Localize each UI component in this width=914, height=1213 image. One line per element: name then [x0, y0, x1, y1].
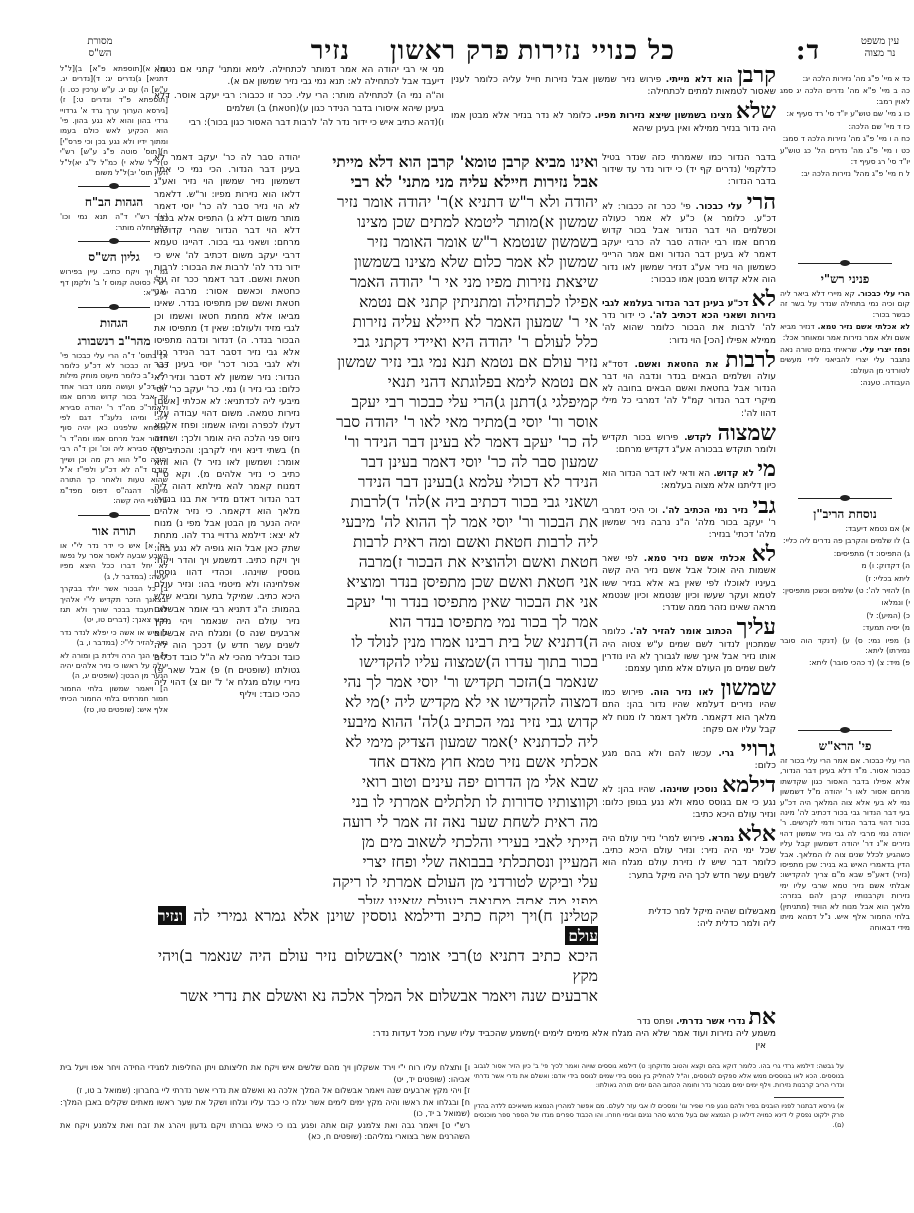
gemara-line: ליה לכדתניא י)אמר שמעון הצדיק מימי לא — [304, 732, 598, 752]
gilyon-hashas-text: גמ' ויך ויקח כתיב. עיין בפירוש רש"י כסוט… — [60, 267, 168, 298]
torah-or-item: ד] כי הנך הרה וילדת בן ומורה לא יעלה על … — [60, 651, 168, 682]
page-header: עין משפט נר מצוה ד: כל כנויי נזירות פרק … — [60, 36, 910, 66]
nusach-item: פ) מיד: צ) (ד כהכי סובר) ליתא: — [780, 658, 910, 668]
rashi-dibur-hamatchil: מי — [757, 456, 776, 482]
rashi-entry: לא אכלתי אשם נזיר טמא. לפי שאר אשמות היה… — [602, 543, 776, 614]
tosafot-line: ו)(דהא כתיב איש כי ידור נדר לה' לרבות דב… — [154, 117, 444, 129]
rashi-dibur-hamatchil: הרי — [747, 189, 776, 215]
rashi-bold-lemma: נזיר נמי הכתיב לה'. — [662, 506, 748, 516]
pninei-rashi-trailer: העבודה. טענה: — [780, 378, 910, 388]
gemara-line: שמשון לא אמר כלום שלא מצינו בשמשון — [304, 252, 598, 272]
ornament-divider — [798, 494, 892, 502]
rashi-entry: גרויי גרי. עכשו להם ולא בהם מגע כלום: — [602, 738, 776, 772]
nusach-item: מ) יסיה תמעד: — [780, 623, 910, 633]
gemara-line: ושאני גבי בכור דכתיב ביה א)לה' ד)לרבות — [304, 492, 598, 512]
nusach-item: נ) מפיו נמי: ס) ע) (דנקד הוה סובר נמירתו… — [780, 636, 910, 657]
rashi-line: ליה ולמר כדלית ליה: — [602, 918, 776, 930]
ein-mishpat-label-line2: נר מצוה — [850, 48, 910, 60]
rashi-mark: אין — [300, 1040, 776, 1052]
rashi-final-block: את נדרי אשר נדרתי. ופתס נדר משמע ליה נזי… — [300, 1006, 776, 1058]
rashi-bold-lemma: את החטאת ואשם. — [635, 360, 719, 370]
rashi-entry: שלא מצינו בשמשון שיצא נזירות מפיו. כלומר… — [451, 100, 776, 134]
footer-torah-or: ו] ותצלח עליו רוח י"י וירד אשקלון ויך מה… — [60, 1062, 470, 1157]
tosafot-column: יהודה סבר לה כר' יעקב דאמר לא בעינן דבר … — [154, 152, 300, 904]
footer-note-bottom: א) גירסא דבתנור לפניו הובנים בפיר ולהם נ… — [474, 1102, 844, 1131]
nusach-item: ח) להזיר לה': ט) שלמים וכשכן מתפיסין: — [780, 586, 910, 596]
gemara-line: אמר לך בכור נמי מתפיסו בנדר הוא — [304, 612, 598, 632]
gemara-line-with-mishna: קטלינן ח)ויך ויקח כתיב ודילמא גוססין שוי… — [158, 906, 598, 946]
masoret-label-line1: מסורת — [60, 36, 140, 48]
masoret-text: גמ' א)[תוספתא פ"א] ב)[ל"ל דתניא] ג)נדרים… — [60, 64, 168, 178]
ein-mishpat-label-line1: עין משפט — [850, 36, 910, 48]
rashi-dibur-hamatchil: אלא — [737, 821, 776, 847]
masoret-label-line2: הש"ס — [60, 48, 140, 60]
gemara-line: וקווצותיו סדורות לו תלתלים אמרתי לו בני — [304, 792, 598, 812]
rashi-bold-lemma: נדרי אשר נדרתי. — [676, 1017, 746, 1027]
rashi-dibur-hamatchil: שמשון — [721, 675, 776, 701]
ein-mishpat-item: כו ג מיי' שם טוש"ע יו"ד סי' רד סעיף א: — [780, 109, 910, 119]
pninei-rashi-title: פניני רש"י — [780, 271, 910, 287]
gemara-line: הייתי לאבי בעירי והלכתי לשאוב מים מן — [304, 832, 598, 852]
gemara-line: חטאת ואשם ולהוציא את הבכור ז)מרבה — [304, 552, 598, 572]
gemara-line: קטלינן ח)ויך ויקח כתיב ודילמא גוססין שוי… — [193, 907, 598, 925]
gemara-line: הנידר לא דכולי עלמא ג)בעינן דבר הנידר — [304, 472, 598, 492]
nusach-harivan-column: נוסחת הריב"ן א) אם נטמא דיעבד: ב) לו שלמ… — [780, 490, 910, 715]
torah-or-item: ב] כל הבכור אשר יולד בבקרך ובצאנך הזכר ת… — [60, 584, 168, 626]
rashi-text: פי' ככר זה ככבור: לא דכ"ע. כלומר א) כ"ע … — [602, 202, 776, 285]
tosafot-top-block: מני אי רבי יהודה הא אמר דמותר לכתחילה. ל… — [154, 64, 444, 152]
rashi-column: בדבר הנדור כמו שאמרתי כזה שנדר בטיל כדלק… — [602, 152, 776, 904]
rashi-bold-lemma: לאו נזיר הוה. — [650, 688, 714, 698]
rashi-entry: גבי נזיר נמי הכתיב לה'. וכי היכי דמרבי ר… — [602, 495, 776, 542]
nusach-item: ליתא בכליי: ז) — [780, 574, 910, 584]
rashi-dibur-hamatchil: שמצוה — [718, 420, 776, 446]
gemara-line: כלל לעולם ר' יהודה היא ואיידי דקתני גבי — [304, 332, 598, 352]
tosafot-text: יהודה סבר לה כר' יעקב דאמר לא בעינן דבר … — [154, 152, 300, 701]
rashi-line: משמע ליה נזירות ועוד אמר שלא היה מגלח אל… — [300, 1028, 776, 1040]
rashi-bold-lemma: מצינו בשמשון שיצא נזירות מפיו. — [595, 111, 733, 121]
rashi-top-block: קרבן הוא דלא מייתי. פירוש נזיר שמשון אבל… — [451, 64, 776, 152]
hagahot-maharab-title-1: הגהות — [60, 315, 168, 331]
torah-or-item: ה] ויאמר שמשון בלחי החמור חמור חמרתים בל… — [60, 684, 168, 715]
gemara-line: קדוש גבי נזיר נמי הכתיב ג)לה' ההוא מיבעי — [304, 712, 598, 732]
dibur-hamatchil: לא אכלתי אשם נזיר טמא. — [818, 322, 910, 331]
footer-verse: ז] ויהי מקץ ארבעים שנה ויאמר אבשלום אל ה… — [60, 1085, 470, 1097]
tractate-title: נזיר — [311, 36, 350, 66]
tosafot-line: מני אי רבי יהודה הא אמר דמותר לכתחילה. ל… — [154, 64, 444, 88]
pninei-rashi-entry: הרי עלי כבכור. קא מיירי דלא ביאר ליה קום… — [780, 289, 910, 320]
ein-mishpat-item: כח ה ו מיי' פ"ג מה' נזירות הלכה ד סמג: — [780, 134, 910, 144]
torah-or-item: גמ' א] איש כי ידר נדר לי"י או השבע שבעה … — [60, 541, 168, 583]
rashi-entry: עליך הכתוב אומר להזיר לה'. כלומר שמתכוין… — [602, 616, 776, 675]
ein-mishpat-label: עין משפט נר מצוה — [850, 36, 910, 60]
footer-verse: ו] ותצלח עליו רוח י"י וירד אשקלון ויך מה… — [60, 1062, 470, 1085]
gemara-line: לה כר' יעקב דאמר לא בעינן דבר הנידר ור' — [304, 432, 598, 452]
gemara-line: יהודה ולא ר"ש דתניא א)ר' יהודה אומר נזיר — [304, 192, 598, 212]
gemara-line: אי ר' שמעון האמר לא חיילא עליה נזירות — [304, 312, 598, 332]
nusach-item: ג) התפיסו: ד) מתפיסים: — [780, 549, 910, 559]
pninei-rashi-entry: לא אכלתי אשם נזיר טמא. דנזיר מביא אשם ול… — [780, 322, 910, 343]
rashi-bold-lemma: הוא דלא מייתי. — [666, 75, 733, 85]
torah-or-item: ג] איש או אשה כי יפלא לנדר נדר נזיר להזי… — [60, 628, 168, 649]
daf-number: ד: — [796, 36, 820, 66]
gemara-line: שבא אלי מן הדרום יפה עינים וטוב רואי — [304, 772, 598, 792]
hagahot-maharab-title-2: מהר"ב רנשבורג — [60, 333, 168, 349]
gemara-line: אכלתי אשם נזיר טמא חוץ מאדם אחד — [304, 752, 598, 772]
rashi-dibur-hamatchil: לא — [752, 286, 776, 312]
gemara-line: שמשון א)מותר ליטמא למתים שכן מצינו — [304, 212, 598, 232]
hagahot-habach-title: הגהות הב"ח — [60, 194, 168, 210]
gilyon-hashas-title: גליון הש"ס — [60, 249, 168, 265]
rashi-bold-lemma: גרי. — [718, 749, 734, 759]
masoret-label: מסורת הש"ס — [60, 36, 140, 60]
gemara-line: אני את הבכור שאין מתפיסו בנדר ור' יעקב — [304, 592, 598, 612]
gemara-line: מה ראית לשחת שער נאה זה אמר לי רועה — [304, 812, 598, 832]
rashi-dibur-hamatchil: את — [748, 1006, 776, 1030]
hagahot-maharab-text: א] בתוס' ד"ה הרי עלי כבכור פי' ככר זה כב… — [60, 351, 168, 507]
tosafot-line: וה"ה נמי ה) לכתחילה מותר: הרי עלי. ככר ז… — [154, 90, 444, 114]
rashi-bold-lemma: הכתוב אומר להזיר לה'. — [630, 627, 732, 637]
masoret-hashas-column: גמ' א)[תוספתא פ"א] ב)[ל"ל דתניא] ג)נדרים… — [60, 64, 168, 1059]
ein-mishpat-item: כט ו מיי' פ"ג מה' נדרים הל' כג טוש"ע יו"… — [780, 146, 910, 167]
ornament-divider — [798, 726, 892, 734]
nusach-item: א) אם נטמא דיעבד: — [780, 524, 910, 534]
footer-notes: על גבשה: דילמא גרדי גרי בהו. כלומר דוקא … — [474, 1062, 844, 1157]
gemara-line: ארבעים שנה ויאמר אבשלום אל המלך אלכה נא … — [158, 986, 598, 1006]
gemara-wide-block: קטלינן ח)ויך ויקח כתיב ודילמא גוססין שוי… — [158, 906, 598, 1006]
dibur-hamatchil: הרי עלי כבכור. — [858, 289, 910, 298]
rashi-dibur-hamatchil: גבי — [752, 493, 776, 519]
rashi-entry: לא דכ"ע בעינן דבר הנדור בעלמא לגבי נזירו… — [602, 288, 776, 347]
ein-mishpat-item: כז ד מיי' שם הלכה: — [780, 122, 910, 132]
gemara-line: ה)דתניא של בית רבינו אמרו מנין לנולד לו — [304, 632, 598, 652]
chapter-name: כל כנויי נזירות — [518, 36, 675, 66]
rashi-line: מאבשלום שהיה מיקל למר כדלית — [602, 906, 776, 918]
pirush-harosh-title: פי' הרא"ש — [780, 738, 910, 754]
rashi-continuation: בדבר הנדור כמו שאמרתי כזה שנדר בטיל כדלק… — [602, 152, 776, 189]
gemara-line: קמיפלגי ג)דתנן ג)הרי עלי כבכור רבי יעקב — [304, 392, 598, 412]
rashi-entry: שמשון לאו נזיר הוה. פירוש כמו שהיו נזירי… — [602, 677, 776, 736]
rashi-entry: שמצוה לקדש. פירוש בכור תקדיש ולומר תוקדש… — [602, 422, 776, 456]
nusach-item: ב) לו שלמים והקרבן פה נדרים ליה כליי: — [780, 536, 910, 546]
ein-mishpat-item: כד א מיי' פ"ג מה' נזירות הלכה יג: — [780, 74, 910, 84]
ornament-divider — [78, 303, 150, 311]
rashi-dibur-hamatchil: קרבן — [737, 64, 776, 88]
rashi-bold-lemma: גמרא. — [708, 834, 734, 844]
rashi-dibur-hamatchil: לרבות — [725, 347, 776, 373]
rashi-dibur-hamatchil: דילמא — [722, 772, 776, 798]
gemara-line: ליה לרבות חטאת ואשם ומה ראית לרבות — [304, 532, 598, 552]
gemara-line: אפילו לכתחילה ומתניתין קתני אם נטמא — [304, 292, 598, 312]
footer-verse: ח] ובגלחו את ראשו והיה מקץ ימים לימים אש… — [60, 1097, 470, 1120]
rashi-entry: הרי עלי כבכור. פי' ככר זה ככבור: לא דכ"ע… — [602, 191, 776, 286]
pirush-harosh-column: פי' הרא"ש הרי עלי כבכור. אם אמר הרי עלי … — [780, 722, 910, 1057]
rashi-bold-lemma: עלי כבכור. — [695, 202, 742, 212]
rashi-bold-lemma: לא קדוש. — [713, 469, 754, 479]
gemara-line: מפני מה אתה מתגאה בעולם שאינו שלך — [304, 892, 598, 904]
rashi-text: ופתס נדר — [637, 1017, 673, 1027]
gemara-line: שנאמר ב)הזכר תקדיש ור' יוסי אמר לך נהי — [304, 672, 598, 692]
perek-title: פרק ראשון — [390, 36, 510, 66]
gemara-line: את הבכור ור' יוסי אמר לך ההוא לה' מיבעי — [304, 512, 598, 532]
footer-note-text: על גבשה: דילמא גרדי גרי בהו. כלומר דוקא … — [474, 1062, 844, 1091]
gemara-line: היכא כתיב דתניא ט)רבי אומר י)אבשלום נזיר… — [158, 946, 598, 986]
dibur-hamatchil: ופחז יצרי עלי. — [860, 345, 910, 354]
pirush-harosh-text: הרי עלי כבכור. אם אמר הרי עלי בכור זה כב… — [780, 756, 910, 933]
gemara-line: אני חטאת ואשם שכן מתפיסן בנדר ומוציא — [304, 572, 598, 592]
rashi-bottom-block: מאבשלום שהיה מיקל למר כדלית ליה ולמר כדל… — [602, 906, 776, 1002]
rashi-bold-lemma: אכלתי אשם נזיר טמא. — [644, 554, 746, 564]
nusach-item: י) ונמלאו — [780, 598, 910, 608]
nusach-item: כ) (המיע): ל) — [780, 611, 910, 621]
hagahot-habach-text: (א) רש"י ד"ה תנא נמי וכו' דלכתחלה מותר: — [60, 212, 168, 233]
gemara-line: בכור בתוך עדרו ה)שמצוה עליו להקדישו — [304, 652, 598, 672]
rashi-bold-lemma: נוסכין שוינהו. — [660, 785, 718, 795]
rashi-dibur-hamatchil: גרויי — [741, 736, 776, 762]
gemara-column: ואינו מביא קרבן טומא' קרבן הוא דלא מייתי… — [304, 152, 598, 904]
gemara-line: אבל נזירות חיילא עליה מני מתני' לא רבי — [304, 172, 598, 192]
ornament-divider — [78, 511, 150, 519]
rashi-entry: מי לא קדוש. הא ודאי לאו דבר הנדור הוא כי… — [602, 458, 776, 492]
gemara-line: שיצאת נזירות מפיו מני אי ר' יהודה האמר — [304, 272, 598, 292]
footer-rule — [774, 1097, 844, 1098]
gemara-line: נזיר עולם אם נטמא תנא נמי גבי נזיר שמשון — [304, 352, 598, 372]
ornament-divider — [78, 182, 150, 190]
nusach-item: ה) דקדוק: ו) מ — [780, 561, 910, 571]
nusach-harivan-title: נוסחת הריב"ן — [780, 506, 910, 522]
gemara-line: המעיין ונסתכלתי בבבואה שלי ופחז יצרי — [304, 852, 598, 872]
gemara-line: בשמשון שנטמא ר"ש אומר האומר נזיר — [304, 232, 598, 252]
pninei-rashi-column: פניני רש"י הרי עלי כבכור. קא מיירי דלא ב… — [780, 255, 910, 480]
ornament-divider — [798, 259, 892, 267]
footer-verse: רש"י ט] ויאמר גבה ואת צלמנע קום אתה ופגע… — [60, 1120, 470, 1143]
ein-mishpat-item: כה ב מיי' פ"א מה' נדרים הלכה יג סמג לאוי… — [780, 86, 910, 107]
gemara-line: ואינו מביא קרבן טומא' קרבן הוא דלא מייתי — [304, 152, 598, 172]
talmud-page: עין משפט נר מצוה ד: כל כנויי נזירות פרק … — [0, 0, 914, 1213]
rashi-entry: דילמא נוסכין שוינהו. שהיו בהן: לא נגע כי… — [602, 774, 776, 821]
gemara-line: שמעון סבר לה כר' יוסי דאמר בעינן דבר — [304, 452, 598, 472]
gemara-line: דמצוה להקדישו אי לא מקדיש ליה י)מי לא — [304, 692, 598, 712]
ein-mishpat-item: ל ח מיי' פ"ג מהל' נזירות הלכה יב: — [780, 169, 910, 179]
rashi-entry: לרבות את החטאת ואשם. דסד"א עולה ושלמים ה… — [602, 349, 776, 420]
rashi-entry: אלא גמרא. פירוש למרי' נזיר עולם היה שכל … — [602, 823, 776, 882]
rashi-dibur-hamatchil: שלא — [736, 98, 776, 124]
pninei-rashi-entry: ופחז יצרי עלי. שראיתי במים טורה נאה נתגב… — [780, 345, 910, 376]
rashi-bold-lemma: לקדש. — [684, 433, 712, 443]
gemara-line: אוסר ור' יוסי ב)מתיר מאי לאו ר' יהודה סב… — [304, 412, 598, 432]
rashi-entry: את נדרי אשר נדרתי. ופתס נדר — [300, 1006, 776, 1028]
gemara-line: אם נטמא לימא בפלוגתא דהני תנאי — [304, 372, 598, 392]
rashi-entry: קרבן הוא דלא מייתי. פירוש נזיר שמשון אבל… — [451, 64, 776, 98]
rashi-dibur-hamatchil: לא — [752, 541, 776, 567]
torah-or-title: תורה אור — [60, 523, 168, 539]
gemara-line: עלי וביקש לטורדני מן העולם אמרתי לו ריקה — [304, 872, 598, 892]
ornament-divider — [78, 237, 150, 245]
ein-mishpat-column: כד א מיי' פ"ג מה' נזירות הלכה יג: כה ב מ… — [780, 74, 910, 254]
rashi-dibur-hamatchil: עליך — [737, 614, 776, 640]
